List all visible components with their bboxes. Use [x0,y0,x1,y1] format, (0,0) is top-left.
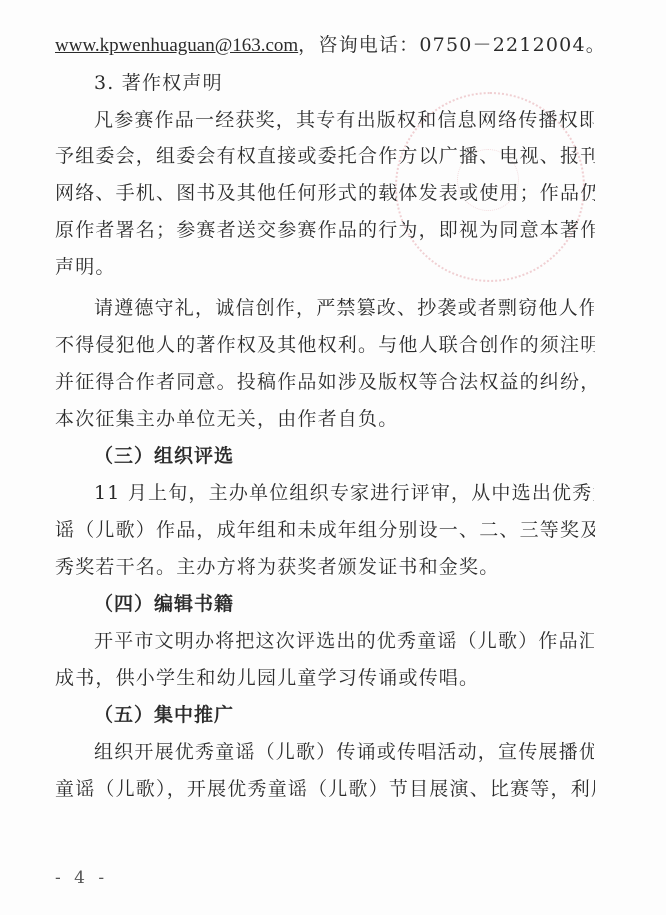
paragraph-line: 并征得合作者同意。投稿作品如涉及版权等合法权益的纠纷，与 [55,369,595,395]
paragraph-line: 童谣（儿歌），开展优秀童谣（儿歌）节目展演、比赛等，利用 [55,776,595,802]
page-number: - 4 - [55,868,108,888]
paragraph-line: 不得侵犯他人的著作权及其他权利。与他人联合创作的须注明， [55,332,595,358]
paragraph-line: 本次征集主办单位无关，由作者自负。 [55,406,595,432]
paragraph-line: 11 月上旬，主办单位组织专家进行评审，从中选出优秀童 [94,480,594,506]
paragraph-line: 谣（儿歌）作品，成年组和未成年组分别设一、二、三等奖及优 [55,517,595,543]
paragraph-line: 凡参赛作品一经获奖，其专有出版权和信息网络传播权即授 [94,107,594,133]
paragraph-line: 予组委会，组委会有权直接或委托合作方以广播、电视、报刊、 [55,143,595,169]
section-3-title: 3. 著作权声明 [94,70,594,96]
paragraph-line: 秀奖若干名。主办方将为获奖者颁发证书和金奖。 [55,554,595,580]
paragraph-line: 原作者署名；参赛者送交参赛作品的行为，即视为同意本著作权 [55,217,595,243]
document-page: www.kpwenhuaguan@163.com，咨询电话：0750－22120… [0,0,666,915]
paragraph-line: 开平市文明办将把这次评选出的优秀童谣（儿歌）作品汇编 [94,628,594,654]
contact-phone-text: ，咨询电话：0750－2212004。 [298,34,595,56]
section-promote-title: （五）集中推广 [94,702,594,728]
contact-line: www.kpwenhuaguan@163.com，咨询电话：0750－22120… [55,32,595,59]
section-organize-title: （三）组织评选 [94,443,594,469]
paragraph-line: 网络、手机、图书及其他任何形式的载体发表或使用；作品仍以 [55,180,595,206]
paragraph-line: 声明。 [55,254,595,280]
section-edit-title: （四）编辑书籍 [94,591,594,617]
email-link[interactable]: www.kpwenhuaguan@163.com [55,35,298,56]
paragraph-line: 组织开展优秀童谣（儿歌）传诵或传唱活动，宣传展播优秀 [94,739,594,765]
paragraph-line: 请遵德守礼，诚信创作，严禁篡改、抄袭或者剽窃他人作品， [94,295,594,321]
paragraph-line: 成书，供小学生和幼儿园儿童学习传诵或传唱。 [55,665,595,691]
